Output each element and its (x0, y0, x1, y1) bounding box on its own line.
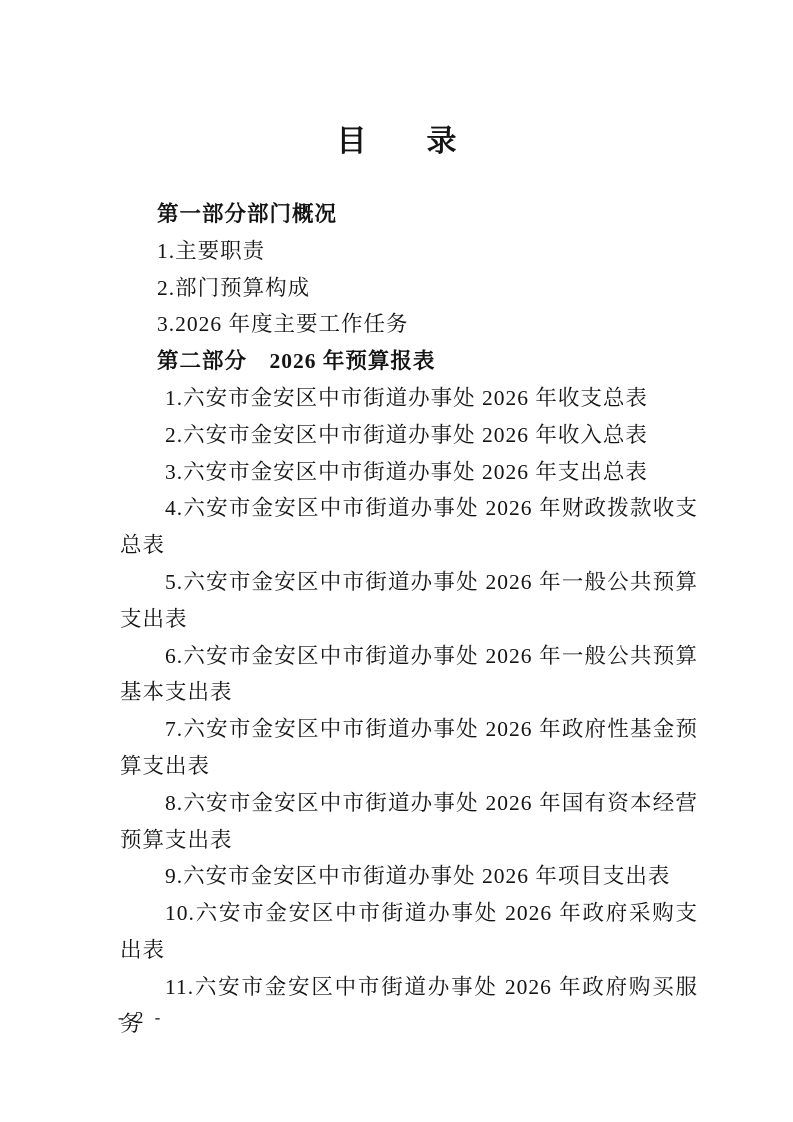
toc-item: 2.部门预算构成 (120, 270, 698, 307)
toc-item: 1.主要职责 (120, 233, 698, 270)
table-of-contents: 第一部分部门概况 1.主要职责 2.部门预算构成 3.2026 年度主要工作任务… (120, 196, 698, 1042)
page-title: 目 录 (0, 116, 793, 160)
toc-item: 11.六安市金安区中市街道办事处 2026 年政府购买服务 (120, 969, 698, 1043)
toc-item: 9.六安市金安区中市街道办事处 2026 年项目支出表 (120, 858, 698, 895)
toc-section-heading-part2: 第二部分 2026 年预算报表 (120, 343, 698, 380)
toc-item: 4.六安市金安区中市街道办事处 2026 年财政拨款收支总表 (120, 490, 698, 564)
toc-item: 3.六安市金安区中市街道办事处 2026 年支出总表 (120, 454, 698, 491)
document-page: 目 录 第一部分部门概况 1.主要职责 2.部门预算构成 3.2026 年度主要… (0, 0, 793, 1122)
toc-item: 3.2026 年度主要工作任务 (120, 306, 698, 343)
toc-item: 6.六安市金安区中市街道办事处 2026 年一般公共预算基本支出表 (120, 638, 698, 712)
toc-section-heading-part1: 第一部分部门概况 (120, 196, 698, 233)
page-number: - 2 - (118, 1008, 162, 1028)
toc-item: 5.六安市金安区中市街道办事处 2026 年一般公共预算支出表 (120, 564, 698, 638)
toc-item: 7.六安市金安区中市街道办事处 2026 年政府性基金预算支出表 (120, 711, 698, 785)
toc-item: 8.六安市金安区中市街道办事处 2026 年国有资本经营预算支出表 (120, 785, 698, 859)
toc-item: 1.六安市金安区中市街道办事处 2026 年收支总表 (120, 380, 698, 417)
toc-item: 10.六安市金安区中市街道办事处 2026 年政府采购支出表 (120, 895, 698, 969)
toc-item: 2.六安市金安区中市街道办事处 2026 年收入总表 (120, 417, 698, 454)
